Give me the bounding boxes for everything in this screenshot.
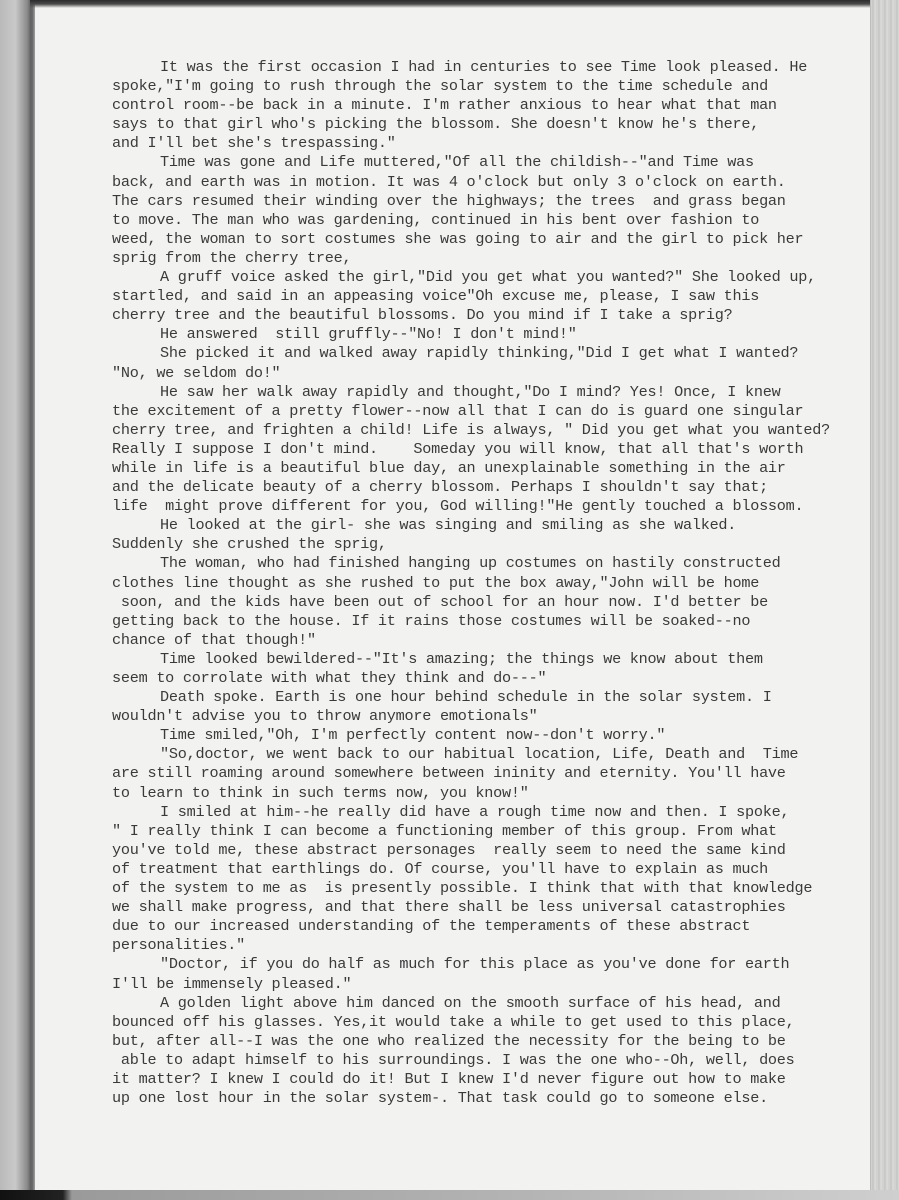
text-line: He answered still gruffly--"No! I don't … xyxy=(112,325,852,344)
text-line: of treatment that earthlings do. Of cour… xyxy=(112,860,852,879)
binding-gutter xyxy=(0,0,34,1200)
text-line: startled, and said in an appeasing voice… xyxy=(112,287,852,306)
text-line: She picked it and walked away rapidly th… xyxy=(112,344,852,363)
text-line: The woman, who had finished hanging up c… xyxy=(112,554,852,573)
text-line: while in life is a beautiful blue day, a… xyxy=(112,459,852,478)
text-line: spoke,"I'm going to rush through the sol… xyxy=(112,77,852,96)
text-line: A gruff voice asked the girl,"Did you ge… xyxy=(112,268,852,287)
top-page-edge xyxy=(30,0,899,8)
text-line: cherry tree and the beautiful blossoms. … xyxy=(112,306,852,325)
text-line: back, and earth was in motion. It was 4 … xyxy=(112,173,852,192)
typewritten-text-body: It was the first occasion I had in centu… xyxy=(112,58,852,1108)
text-line: Suddenly she crushed the sprig, xyxy=(112,535,852,554)
text-line: The cars resumed their winding over the … xyxy=(112,192,852,211)
text-line: life might prove different for you, God … xyxy=(112,497,852,516)
text-line: we shall make progress, and that there s… xyxy=(112,898,852,917)
text-line: A golden light above him danced on the s… xyxy=(112,994,852,1013)
text-line: He saw her walk away rapidly and thought… xyxy=(112,383,852,402)
text-line: Time was gone and Life muttered,"Of all … xyxy=(112,153,852,172)
text-line: I smiled at him--he really did have a ro… xyxy=(112,803,852,822)
text-line: "So,doctor, we went back to our habitual… xyxy=(112,745,852,764)
text-line: able to adapt himself to his surrounding… xyxy=(112,1051,852,1070)
text-line: wouldn't advise you to throw anymore emo… xyxy=(112,707,852,726)
text-line: due to our increased understanding of th… xyxy=(112,917,852,936)
text-line: I'll be immensely pleased." xyxy=(112,975,852,994)
text-line: weed, the woman to sort costumes she was… xyxy=(112,230,852,249)
text-line: control room--be back in a minute. I'm r… xyxy=(112,96,852,115)
text-line: the excitement of a pretty flower--now a… xyxy=(112,402,852,421)
text-line: and I'll bet she's trespassing." xyxy=(112,134,852,153)
text-line: it matter? I knew I could do it! But I k… xyxy=(112,1070,852,1089)
text-line: Death spoke. Earth is one hour behind sc… xyxy=(112,688,852,707)
text-line: are still roaming around somewhere betwe… xyxy=(112,764,852,783)
text-line: clothes line thought as she rushed to pu… xyxy=(112,574,852,593)
text-line: you've told me, these abstract personage… xyxy=(112,841,852,860)
text-line: Time smiled,"Oh, I'm perfectly content n… xyxy=(112,726,852,745)
text-line: to learn to think in such terms now, you… xyxy=(112,784,852,803)
text-line: of the system to me as is presently poss… xyxy=(112,879,852,898)
text-line: but, after all--I was the one who realiz… xyxy=(112,1032,852,1051)
text-line: soon, and the kids have been out of scho… xyxy=(112,593,852,612)
text-line: chance of that though!" xyxy=(112,631,852,650)
scanned-page: It was the first occasion I had in centu… xyxy=(0,0,899,1200)
text-line: "No, we seldom do!" xyxy=(112,364,852,383)
text-line: "Doctor, if you do half as much for this… xyxy=(112,955,852,974)
text-line: up one lost hour in the solar system-. T… xyxy=(112,1089,852,1108)
text-line: " I really think I can become a function… xyxy=(112,822,852,841)
text-line: It was the first occasion I had in centu… xyxy=(112,58,852,77)
text-line: cherry tree, and frighten a child! Life … xyxy=(112,421,852,440)
text-line: sprig from the cherry tree, xyxy=(112,249,852,268)
text-line: He looked at the girl- she was singing a… xyxy=(112,516,852,535)
bottom-page-edge xyxy=(0,1190,899,1200)
text-line: personalities." xyxy=(112,936,852,955)
text-line: bounced off his glasses. Yes,it would ta… xyxy=(112,1013,852,1032)
text-line: to move. The man who was gardening, cont… xyxy=(112,211,852,230)
text-line: Time looked bewildered--"It's amazing; t… xyxy=(112,650,852,669)
text-line: Really I suppose I don't mind. Someday y… xyxy=(112,440,852,459)
text-line: says to that girl who's picking the blos… xyxy=(112,115,852,134)
text-line: seem to corrolate with what they think a… xyxy=(112,669,852,688)
binding-shadow-line xyxy=(32,0,35,1200)
text-line: and the delicate beauty of a cherry blos… xyxy=(112,478,852,497)
text-line: getting back to the house. If it rains t… xyxy=(112,612,852,631)
right-page-edges xyxy=(870,0,899,1200)
